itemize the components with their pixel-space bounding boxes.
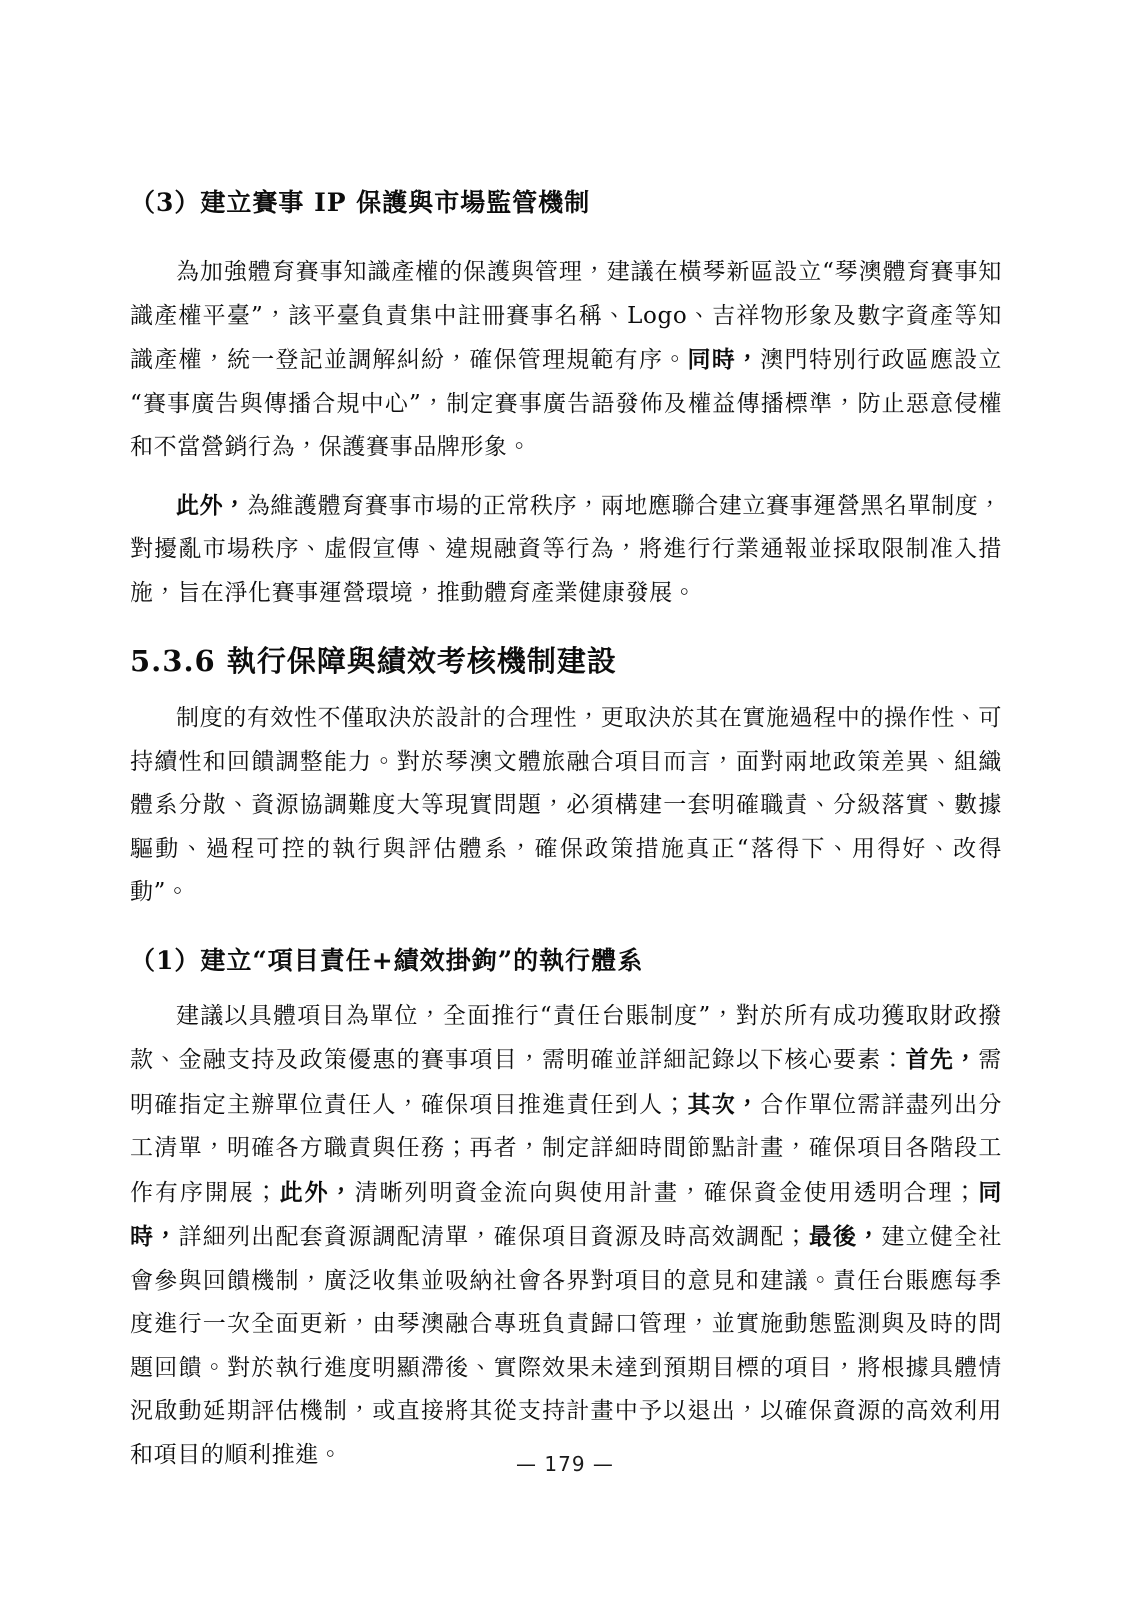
heading-ip-protection: （3）建立賽事 IP 保護與市場監管機制 <box>130 185 1002 221</box>
paragraph-exec-ledger: 建議以具體項目為單位，全面推行“責任台賬制度”，對於所有成功獲取財政撥款、金融支… <box>130 995 1002 1478</box>
bold-run: 此外， <box>278 1179 354 1206</box>
page-body: （3）建立賽事 IP 保護與市場監管機制 為加強體育賽事知識產權的保護與管理，建… <box>130 0 1002 1477</box>
text-run: 建議以具體項目為單位，全面推行“責任台賬制度”，對於所有成功獲取財政撥款、金融支… <box>130 1003 1002 1074</box>
text-run: 清晰列明資金流向與使用計畫，確保資金使用透明合理； <box>355 1180 977 1206</box>
bold-run: 其次， <box>687 1091 760 1118</box>
document-page: { "document": { "heading_ip": "（3）建立賽事 I… <box>0 0 1130 1600</box>
heading-section-536: 5.3.6 執行保障與績效考核機制建設 <box>130 641 1002 681</box>
bold-run: 此外， <box>176 492 247 519</box>
text-run: 制度的有效性不僅取決於設計的合理性，更取決於其在實施過程中的操作性、可持續性和回… <box>130 705 1002 905</box>
text-run: 建立健全社會參與回饋機制，廣泛收集並吸納社會各界對項目的意見和建議。責任台賬應每… <box>130 1224 1002 1468</box>
paragraph-ip-platform: 為加強體育賽事知識產權的保護與管理，建議在橫琴新區設立“琴澳體育賽事知識產權平臺… <box>130 251 1002 470</box>
bold-run: 同時， <box>688 346 761 373</box>
bold-run: 最後， <box>808 1223 881 1250</box>
paragraph-blacklist: 此外，為維護體育賽事市場的正常秩序，兩地應聯合建立賽事運營黑名單制度，對擾亂市場… <box>130 484 1002 616</box>
bold-run: 首先， <box>906 1046 979 1073</box>
heading-exec-system: （1）建立“項目責任+績效掛鉤”的執行體系 <box>130 943 1002 979</box>
text-run: 為維護體育賽事市場的正常秩序，兩地應聯合建立賽事運營黑名單制度，對擾亂市場秩序、… <box>130 493 1002 606</box>
text-run: 詳細列出配套資源調配清單，確保項目資源及時高效調配； <box>178 1224 808 1250</box>
paragraph-system-intro: 制度的有效性不僅取決於設計的合理性，更取決於其在實施過程中的操作性、可持續性和回… <box>130 697 1002 915</box>
page-number: — 179 — <box>0 1452 1130 1476</box>
